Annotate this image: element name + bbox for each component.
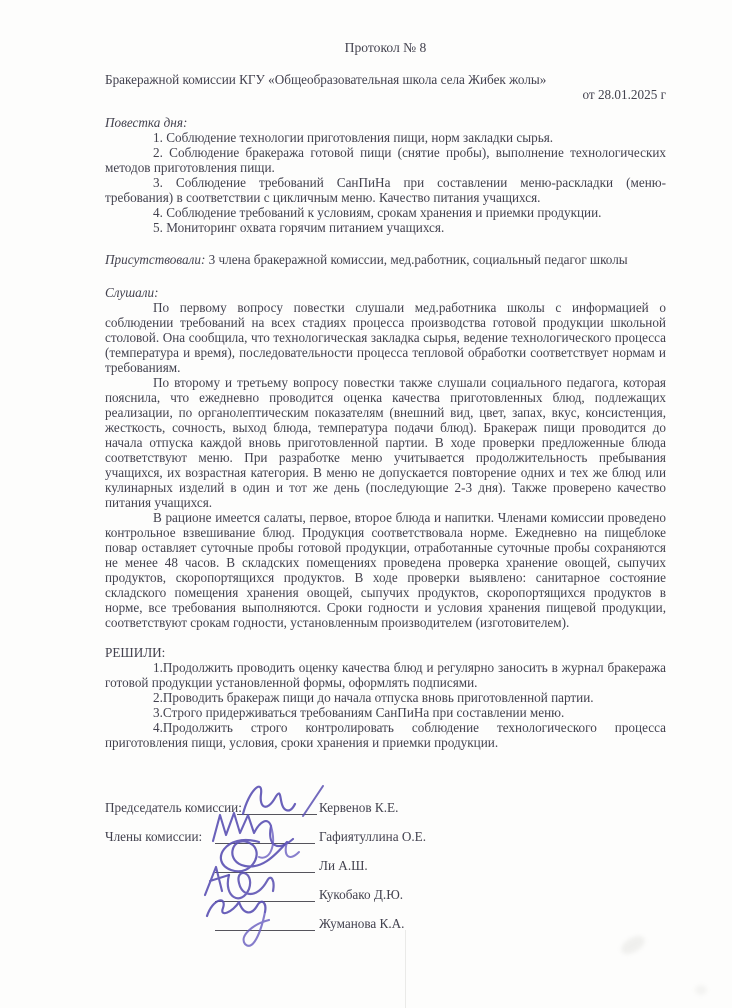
agenda-item: 2. Соблюдение бракеража готовой пищи (сн… (105, 145, 666, 175)
signature-row-chairman: Председатель комиссии: Кервенов К.Е. (105, 796, 666, 825)
chairman-label: Председатель комиссии: (105, 800, 242, 815)
attendees-line: Присутствовали: 3 члена бракеражной коми… (105, 252, 666, 267)
signature-row-member: Жуманова К.А. (105, 912, 666, 941)
agenda-item: 4. Соблюдение требований к условиям, сро… (105, 205, 666, 220)
scan-smudge-artifact (695, 985, 707, 995)
scan-fold-artifact (405, 930, 406, 1008)
signature-line (237, 800, 317, 815)
heard-paragraph: По второму и третьему вопросу повестки т… (105, 375, 666, 510)
document-page: Протокол № 8 Бракеражной комиссии КГУ «О… (0, 0, 732, 1008)
signature-row-member: Члены комиссии: Гафиятуллина О.Е. (105, 825, 666, 854)
decided-item: 4.Продолжить строго контролировать соблю… (105, 720, 666, 750)
document-subtitle: Бракеражной комиссии КГУ «Общеобразовате… (105, 72, 666, 87)
signature-line (215, 916, 315, 931)
agenda-item: 3. Соблюдение требований СанПиНа при сос… (105, 175, 666, 205)
signature-row-member: Кукобако Д.Ю. (105, 883, 666, 912)
heard-paragraph: По первому вопросу повестки слушали мед.… (105, 300, 666, 375)
decided-list: 1.Продолжить проводить оценку качества б… (105, 660, 666, 750)
agenda-item: 1. Соблюдение технологии приготовления п… (105, 130, 666, 145)
attendees-label: Присутствовали: (105, 252, 205, 267)
signature-row-member: Ли А.Ш. (105, 854, 666, 883)
chairman-name: Кервенов К.Е. (319, 800, 398, 815)
document-title: Протокол № 8 (105, 40, 666, 55)
member-name: Кукобако Д.Ю. (319, 887, 403, 902)
agenda-item: 5. Мониторинг охвата горячим питанием уч… (105, 220, 666, 235)
signature-block: Председатель комиссии: Кервенов К.Е. Чле… (105, 796, 666, 941)
signature-line (215, 829, 315, 844)
members-label: Члены комиссии: (105, 829, 202, 844)
attendees-text: 3 члена бракеражной комиссии, мед.работн… (205, 252, 627, 267)
member-name: Жуманова К.А. (319, 916, 404, 931)
signature-line (215, 887, 315, 902)
decided-item: 1.Продолжить проводить оценку качества б… (105, 660, 666, 690)
signature-line (215, 858, 315, 873)
member-name: Ли А.Ш. (319, 858, 368, 873)
agenda-heading: Повестка дня: (105, 115, 666, 130)
heard-heading: Слушали: (105, 285, 666, 300)
decided-heading: РЕШИЛИ: (105, 645, 666, 660)
member-name: Гафиятуллина О.Е. (319, 829, 426, 844)
document-content: Протокол № 8 Бракеражной комиссии КГУ «О… (105, 40, 666, 941)
agenda-list: 1. Соблюдение технологии приготовления п… (105, 130, 666, 235)
decided-item: 3.Строго придерживаться требованиям СанП… (105, 705, 666, 720)
decided-item: 2.Проводить бракераж пищи до начала отпу… (105, 690, 666, 705)
document-date: от 28.01.2025 г (105, 87, 666, 102)
heard-paragraph: В рационе имеется салаты, первое, второе… (105, 510, 666, 630)
